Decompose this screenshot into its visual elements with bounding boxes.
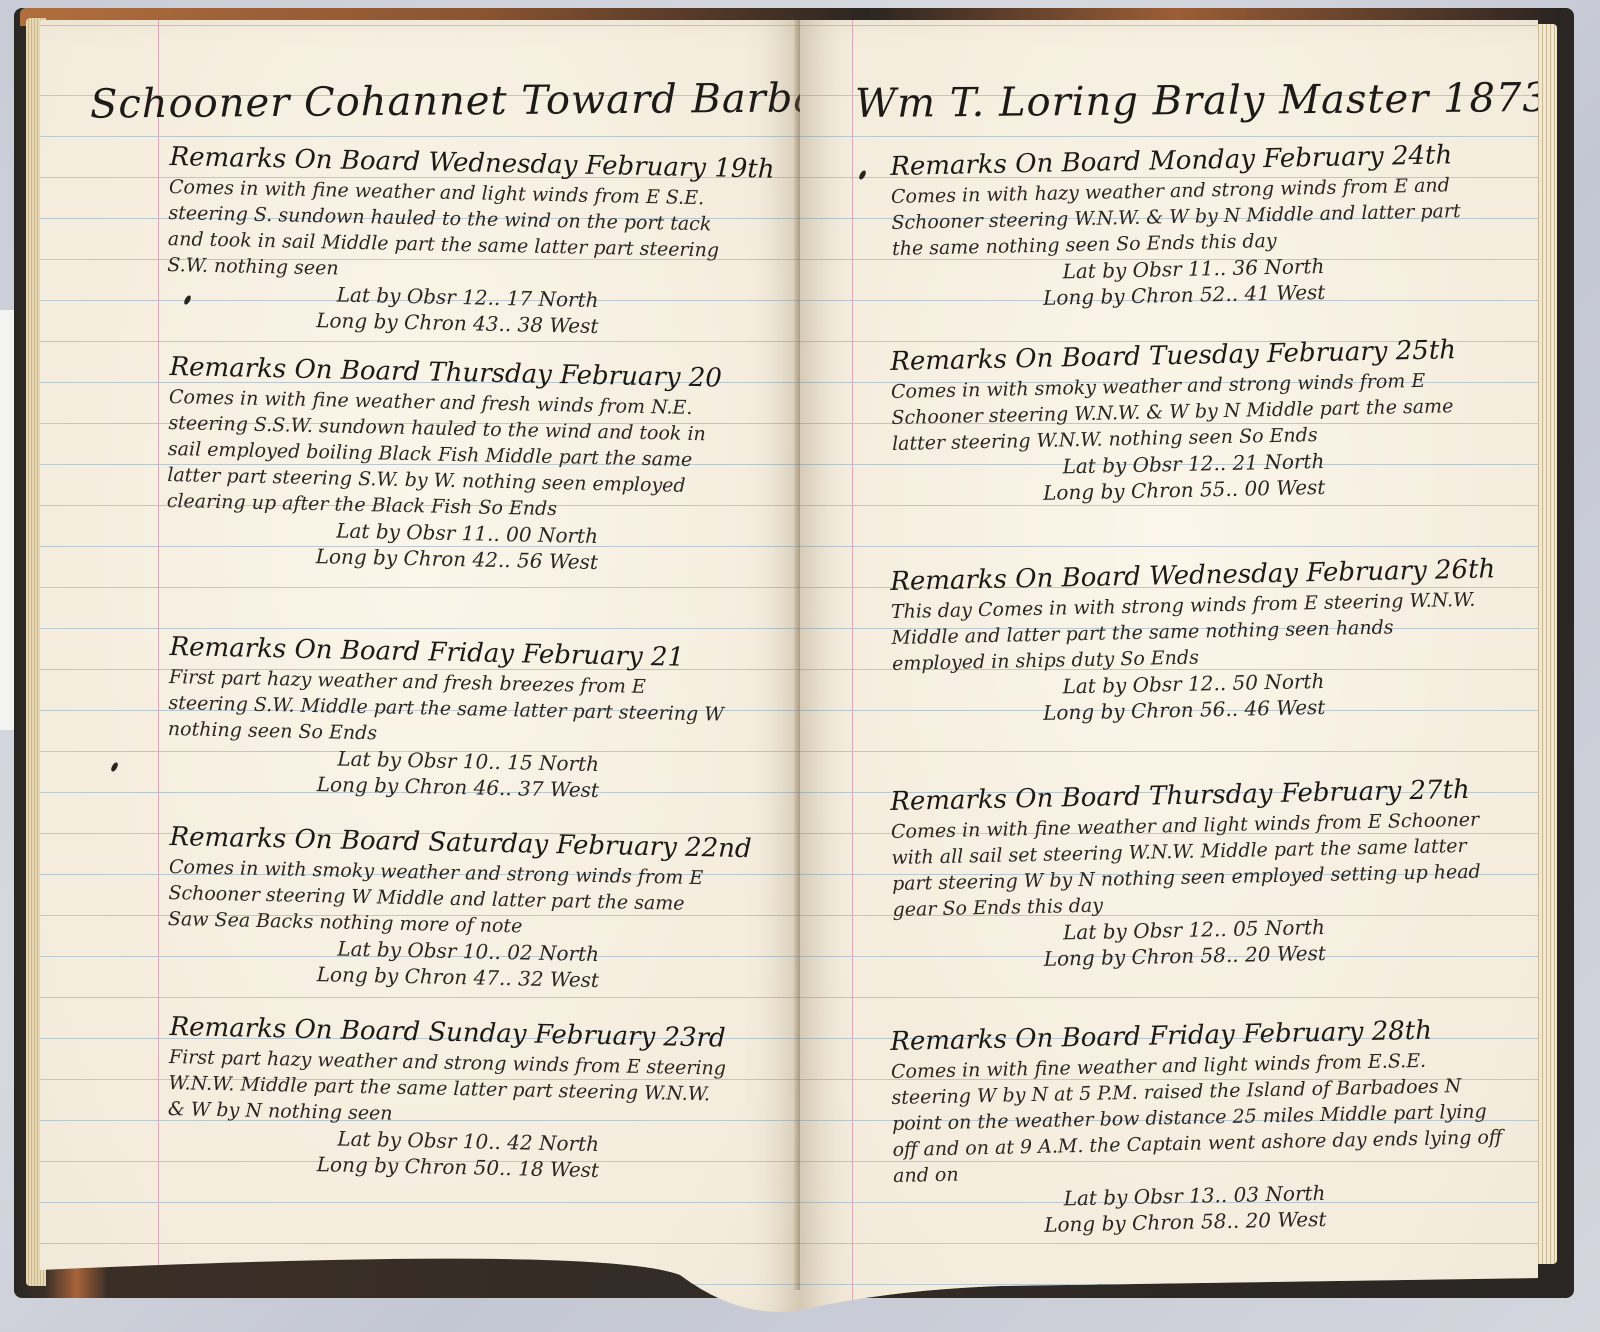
entry-body: This day Comes in with strong winds from… [891, 586, 1493, 677]
page-heading: Wm T. Loring Braly Master 1873 [855, 75, 1538, 127]
right-page: Wm T. Loring Braly Master 1873 Remarks O… [800, 20, 1538, 1320]
entry-body: Comes in with fine weather and fresh win… [167, 384, 730, 526]
log-entry: Remarks On Board Wednesday February 26th… [890, 552, 1493, 729]
log-entry: Remarks On Board Thursday February 27th … [890, 772, 1494, 975]
log-entry: Remarks On Board Friday February 21 Firs… [167, 630, 730, 806]
ink-blot [110, 761, 119, 772]
entry-body: Comes in with smoky weather and strong w… [891, 366, 1493, 457]
margin-line [158, 20, 159, 1320]
entry-body: Comes in with fine weather and light win… [167, 174, 729, 290]
entry-body: First part hazy weather and strong winds… [168, 1044, 730, 1134]
log-entry: Remarks On Board Monday February 24th Co… [890, 137, 1493, 314]
entry-body: Comes in with fine weather and light win… [891, 1046, 1514, 1189]
ink-blot [858, 169, 867, 180]
log-entry: Remarks On Board Sunday February 23rd Fi… [167, 1010, 730, 1186]
left-page: Schooner Cohannet Toward Barbadoes Remar… [40, 20, 800, 1320]
log-entry: Remarks On Board Friday February 28th Co… [890, 1012, 1514, 1241]
entry-body: Comes in with smoky weather and strong w… [168, 854, 730, 944]
log-entry: Remarks On Board Tuesday February 25th C… [890, 332, 1493, 509]
entry-body: First part hazy weather and fresh breeze… [168, 664, 730, 754]
entry-body: Comes in with fine weather and light win… [891, 806, 1493, 923]
log-entry: Remarks On Board Thursday February 20 Co… [165, 350, 729, 578]
log-entry: Remarks On Board Saturday February 22nd … [167, 820, 730, 996]
log-entry: Remarks On Board Wednesday February 19th… [166, 140, 730, 342]
margin-line [852, 20, 853, 1320]
entry-body: Comes in with hazy weather and strong wi… [891, 171, 1493, 262]
right-page-edges [1535, 24, 1557, 1264]
page-heading: Schooner Cohannet Toward Barbadoes [90, 74, 800, 127]
